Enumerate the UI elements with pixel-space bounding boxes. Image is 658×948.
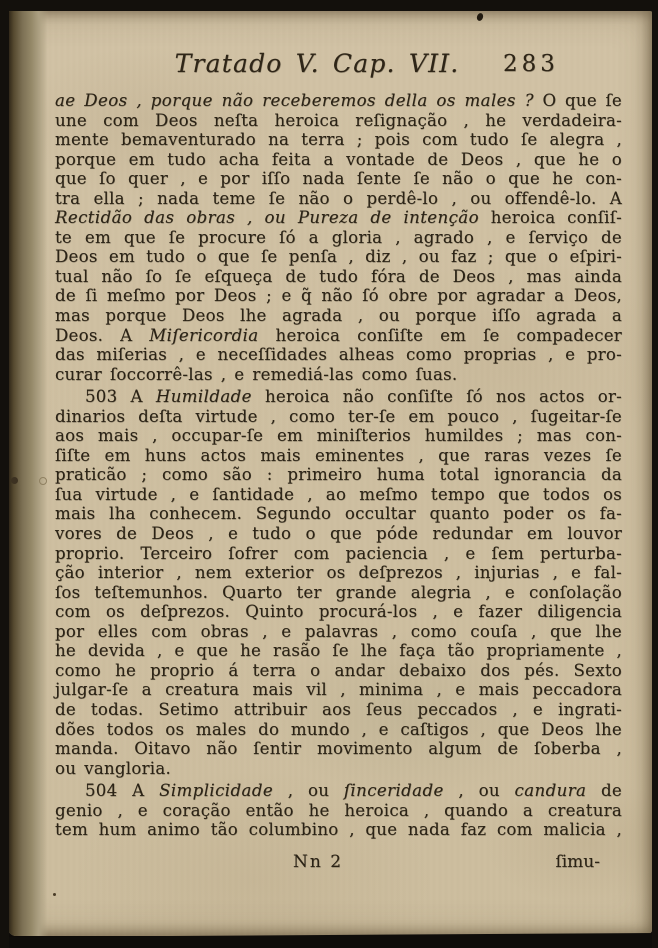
text-line: porque em tudo acha feita a vontade de D… xyxy=(55,150,622,170)
roman-text: de xyxy=(586,781,622,800)
text-line: 503 A Humildade heroica não conſiſte ſó … xyxy=(55,387,622,407)
text-line: tual não ſo ſe eſqueça de tudo fóra de D… xyxy=(55,267,622,287)
roman-text: 503 A xyxy=(85,387,156,406)
roman-text: porque em tudo acha feita a vontade de D… xyxy=(55,150,622,169)
text-line: mas porque Deos lhe agrada , ou porque i… xyxy=(55,306,622,326)
roman-text: mas porque Deos lhe agrada , ou porque i… xyxy=(55,306,622,325)
roman-text: 504 A xyxy=(85,781,159,800)
text-line: ae Deos , porque não receberemos della o… xyxy=(55,91,622,111)
gathering-mark: Nn 2 xyxy=(293,852,343,872)
text-line: de todas. Setimo attribuir aos ſeus pecc… xyxy=(55,700,622,720)
roman-text: manda. Oitavo não ſentir movimento algum… xyxy=(55,739,622,758)
roman-text: ou vangloria. xyxy=(55,759,171,778)
roman-text: heroica não conſiſte ſó nos actos or- xyxy=(252,387,622,406)
roman-text: genio , e coração então he heroica , qua… xyxy=(55,801,622,820)
text-line: mais lha conhecem. Segundo occultar quan… xyxy=(55,504,622,524)
text-line: como he proprio á terra o andar debaixo … xyxy=(55,661,622,681)
text-line: ou vangloria. xyxy=(55,759,622,779)
italic-text: Miſericordia xyxy=(149,326,258,345)
text-line: ſiſte em huns actos mais eminentes , que… xyxy=(55,446,622,466)
binding-gutter-shadow xyxy=(8,11,48,936)
roman-text: une com Deos neſta heroica reſignação , … xyxy=(55,111,622,130)
text-line: Rectidão das obras , ou Pureza de intenç… xyxy=(55,208,622,228)
wormhole-mark xyxy=(39,477,47,485)
roman-text: ſos teſtemunhos. Quarto ter grande alegr… xyxy=(55,583,622,602)
text-line: Deos. A Miſericordia heroica conſiſte em… xyxy=(55,326,622,346)
text-line: julgar-ſe a creatura mais vil , minima ,… xyxy=(55,680,622,700)
roman-text: ſua virtude , e ſantidade , ao meſmo tem… xyxy=(55,485,622,504)
roman-text: tual não ſo ſe eſqueça de tudo fóra de D… xyxy=(55,267,622,286)
roman-text: te em que ſe procure ſó a gloria , agrad… xyxy=(55,228,622,247)
roman-text: praticão ; como são : primeiro huma tota… xyxy=(55,465,622,484)
roman-text: , ou xyxy=(273,781,344,800)
text-line: ſos teſtemunhos. Quarto ter grande alegr… xyxy=(55,583,622,603)
scan-border-left xyxy=(0,0,9,948)
running-header: Tratado V. Cap. VII. 283 xyxy=(55,49,622,85)
text-line: proprio. Terceiro ſofrer com paciencia ,… xyxy=(55,544,622,564)
ink-spot xyxy=(53,893,56,896)
text-line: por elles com obras , e palavras , como … xyxy=(55,622,622,642)
roman-text: heroica conſiſte em ſe compadecer xyxy=(259,326,622,345)
text-line: tem hum animo tão columbino , que nada f… xyxy=(55,820,622,840)
roman-text: por elles com obras , e palavras , como … xyxy=(55,622,622,641)
italic-text: Humildade xyxy=(156,387,252,406)
text-line: genio , e coração então he heroica , qua… xyxy=(55,801,622,821)
scan-border-right xyxy=(652,0,658,948)
text-line: que ſo quer , e por iſſo nada ſente ſe n… xyxy=(55,169,622,189)
text-line: 504 A Simplicidade , ou ſinceridade , ou… xyxy=(55,781,622,801)
roman-text: dinarios deſta virtude , como ter-ſe em … xyxy=(55,407,622,426)
roman-text: aos mais , occupar-ſe em miniſterios hum… xyxy=(55,426,622,445)
italic-text: Simplicidade xyxy=(159,781,273,800)
text-line: com os deſprezos. Quinto procurá-los , e… xyxy=(55,602,622,622)
text-block: ae Deos , porque não receberemos della o… xyxy=(55,91,622,840)
text-line: mente bemaventurado na terra ; pois com … xyxy=(55,130,622,150)
roman-text: he devida , e que he rasão ſe lhe faça t… xyxy=(55,641,622,660)
italic-text: ae Deos , porque não receberemos della o… xyxy=(55,91,534,110)
roman-text: Deos. A xyxy=(55,326,149,345)
catchword: ſimu- xyxy=(555,852,600,872)
italic-text: Rectidão das obras , ou Pureza de intenç… xyxy=(55,208,479,227)
italic-text: candura xyxy=(515,781,587,800)
roman-text: de ſi meſmo por Deos ; e q̃ não ſó obre … xyxy=(55,286,622,305)
text-line: dões todos os males do mundo , e caſtigo… xyxy=(55,720,622,740)
text-line: de ſi meſmo por Deos ; e q̃ não ſó obre … xyxy=(55,286,622,306)
roman-text: de todas. Setimo attribuir aos ſeus pecc… xyxy=(55,700,622,719)
roman-text: proprio. Terceiro ſofrer com paciencia ,… xyxy=(55,544,622,563)
text-line: dinarios deſta virtude , como ter-ſe em … xyxy=(55,407,622,427)
roman-text: Deos em tudo o que ſe penſa , diz , ou f… xyxy=(55,247,622,266)
italic-text: ſinceridade xyxy=(344,781,444,800)
text-line: aos mais , occupar-ſe em miniſterios hum… xyxy=(55,426,622,446)
roman-text: que ſo quer , e por iſſo nada ſente ſe n… xyxy=(55,169,622,188)
roman-text: com os deſprezos. Quinto procurá-los , e… xyxy=(55,602,622,621)
roman-text: tem hum animo tão columbino , que nada f… xyxy=(55,820,622,839)
page-number: 283 xyxy=(503,51,559,77)
text-line: curar ſoccorrê-las , e remediá-las como … xyxy=(55,365,622,385)
roman-text: , ou xyxy=(444,781,515,800)
roman-text: O que ſe xyxy=(534,91,622,110)
ink-spot xyxy=(11,477,18,484)
text-line: te em que ſe procure ſó a gloria , agrad… xyxy=(55,228,622,248)
text-line: ſua virtude , e ſantidade , ao meſmo tem… xyxy=(55,485,622,505)
roman-text: ção interior , nem exterior os deſprezos… xyxy=(55,563,622,582)
text-line: ção interior , nem exterior os deſprezos… xyxy=(55,563,622,583)
roman-text: tra ella ; nada teme ſe não o perdê-lo ,… xyxy=(55,189,622,208)
scan-border-top xyxy=(0,0,658,11)
roman-text: dões todos os males do mundo , e caſtigo… xyxy=(55,720,622,739)
signature-line: Nn 2 ſimu- xyxy=(55,852,622,874)
text-line: une com Deos neſta heroica reſignação , … xyxy=(55,111,622,131)
chapter-heading: Tratado V. Cap. VII. xyxy=(167,49,467,78)
roman-text: ſiſte em huns actos mais eminentes , que… xyxy=(55,446,622,465)
roman-text: como he proprio á terra o andar debaixo … xyxy=(55,661,622,680)
text-line: tra ella ; nada teme ſe não o perdê-lo ,… xyxy=(55,189,622,209)
book-page-scan: Tratado V. Cap. VII. 283 ae Deos , porqu… xyxy=(0,0,658,948)
roman-text: das miſerias , e neceſſidades alheas com… xyxy=(55,345,622,364)
text-line: Deos em tudo o que ſe penſa , diz , ou f… xyxy=(55,247,622,267)
text-line: das miſerias , e neceſſidades alheas com… xyxy=(55,345,622,365)
roman-text: heroica conſiſ- xyxy=(479,208,622,227)
roman-text: mente bemaventurado na terra ; pois com … xyxy=(55,130,622,149)
text-line: vores de Deos , e tudo o que póde redund… xyxy=(55,524,622,544)
text-line: manda. Oitavo não ſentir movimento algum… xyxy=(55,739,622,759)
text-line: he devida , e que he rasão ſe lhe faça t… xyxy=(55,641,622,661)
roman-text: mais lha conhecem. Segundo occultar quan… xyxy=(55,504,622,523)
text-line: praticão ; como são : primeiro huma tota… xyxy=(55,465,622,485)
roman-text: curar ſoccorrê-las , e remediá-las como … xyxy=(55,365,457,384)
roman-text: julgar-ſe a creatura mais vil , minima ,… xyxy=(55,680,622,699)
roman-text: vores de Deos , e tudo o que póde redund… xyxy=(55,524,622,543)
